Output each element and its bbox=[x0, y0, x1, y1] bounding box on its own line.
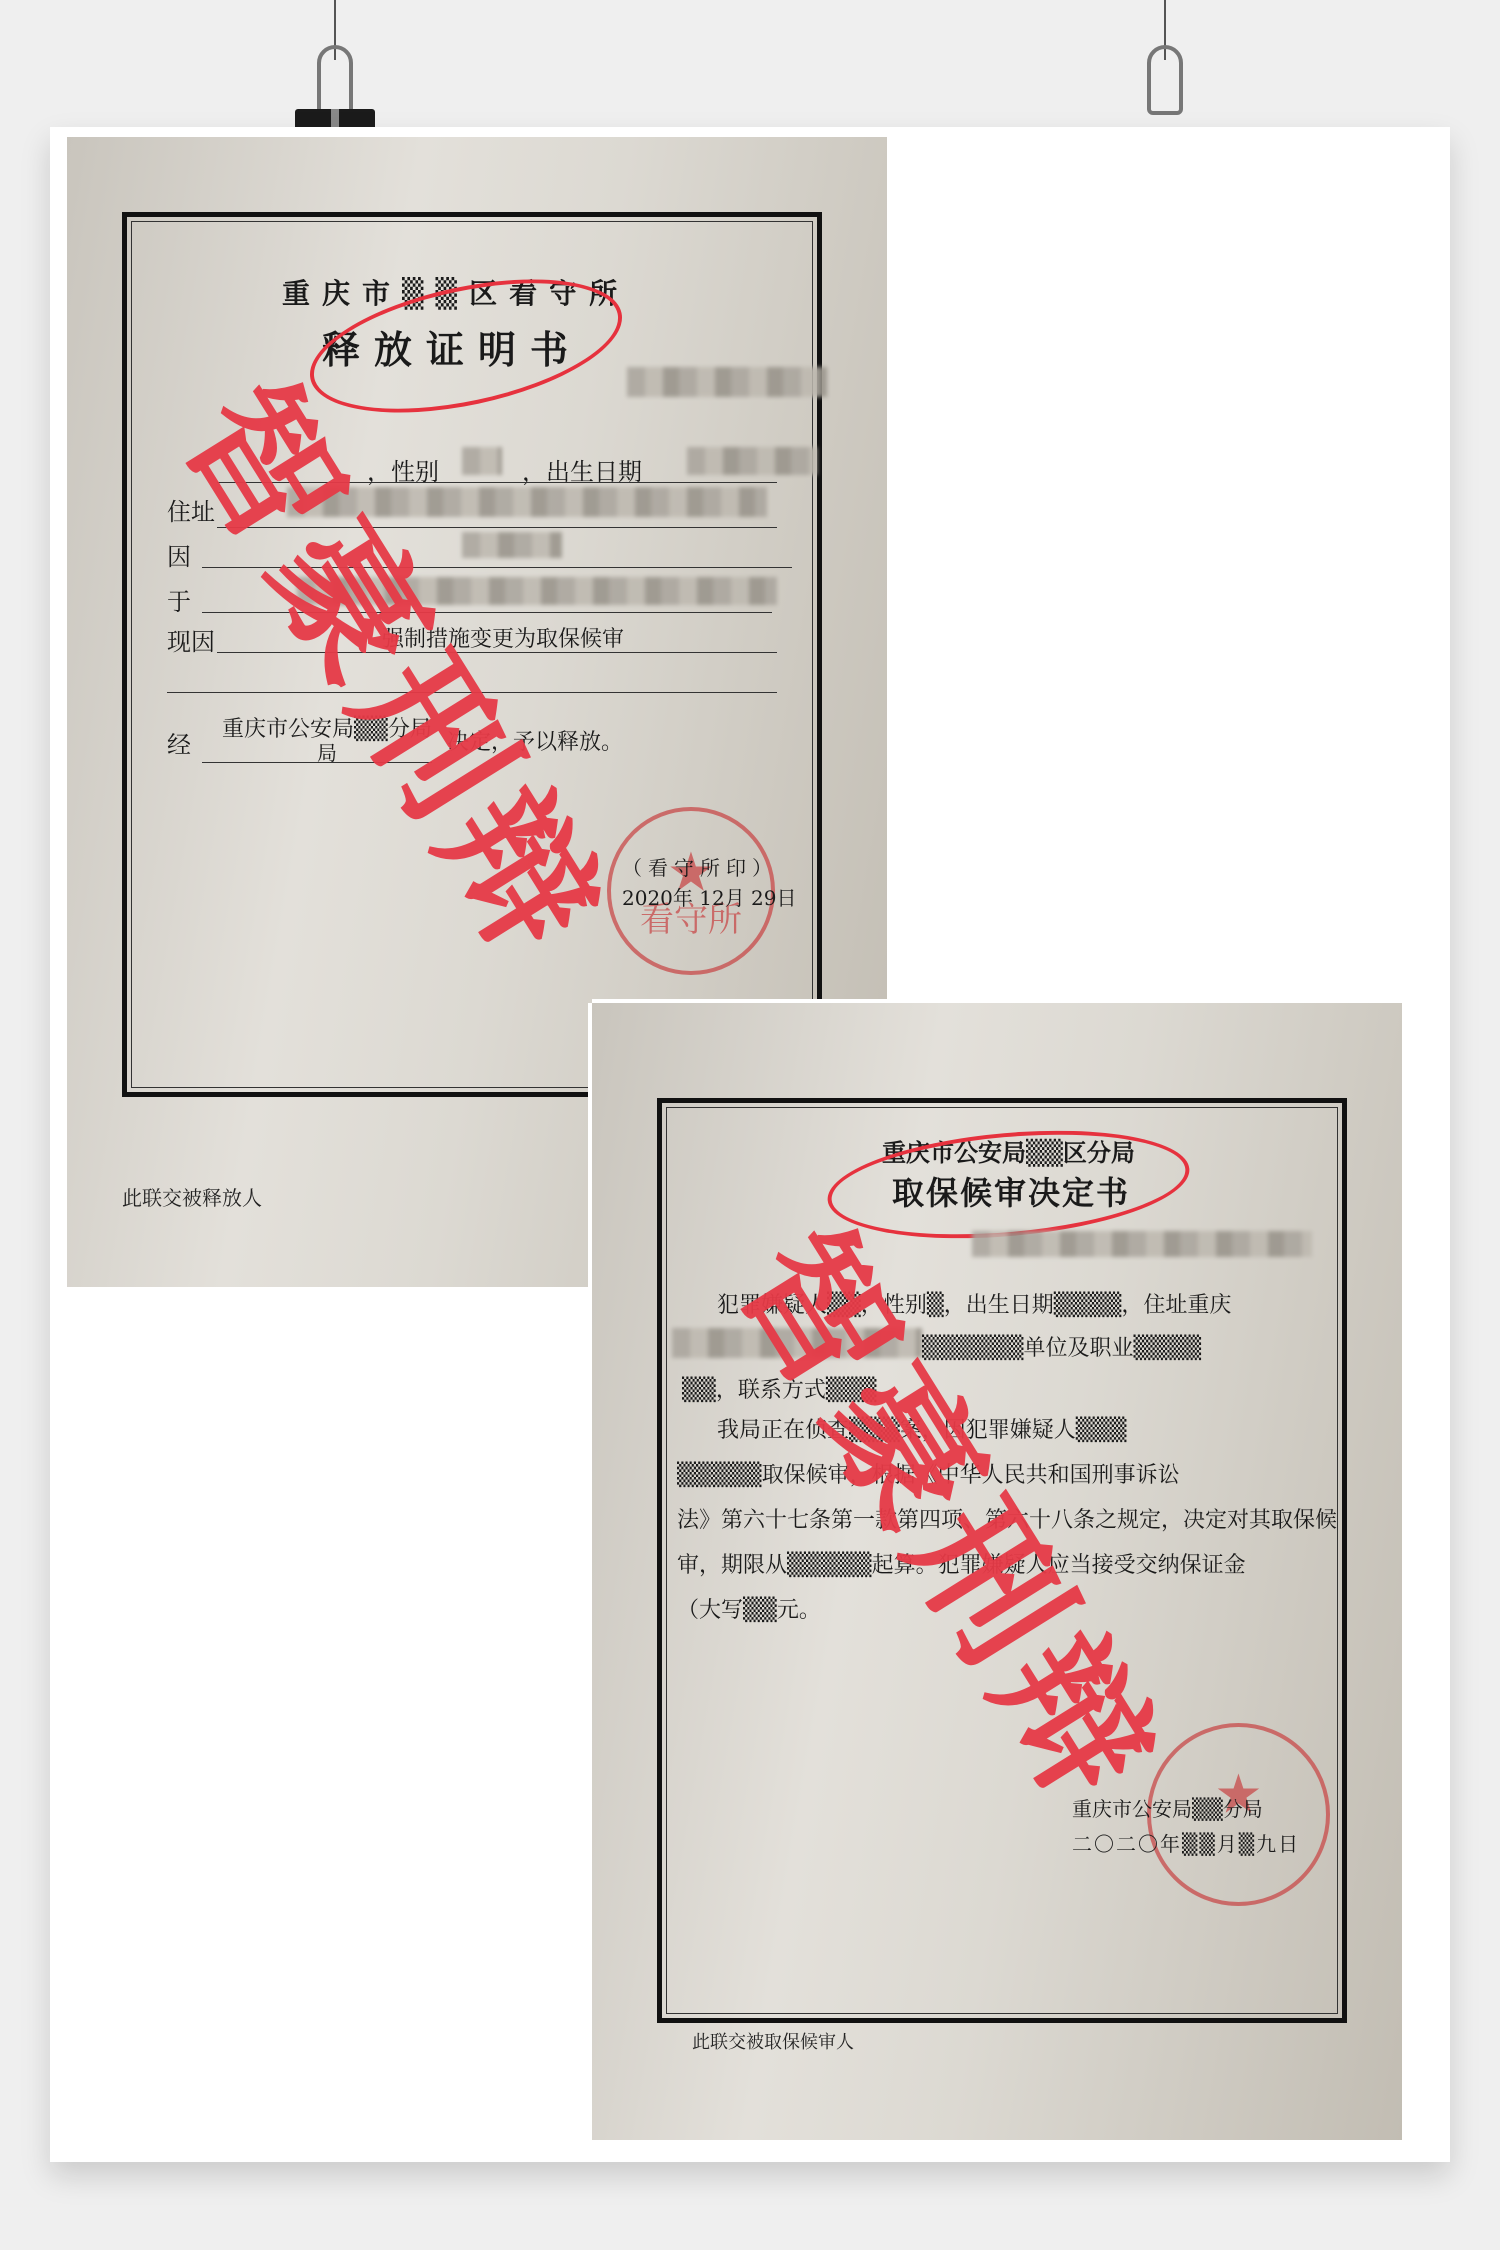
at-label: 于 bbox=[167, 582, 191, 617]
redacted-dob bbox=[687, 447, 817, 475]
doc2-para5: （大写▒▒元。 bbox=[677, 1593, 821, 1624]
reason-label: 因 bbox=[167, 537, 191, 572]
doc1-footnote: 此联交被释放人 bbox=[122, 1182, 262, 1211]
now-label: 现因 bbox=[167, 622, 215, 657]
redacted-id bbox=[627, 367, 827, 397]
bail-decision-photo: 重庆市公安局▒▒区分局 取保候审决定书 犯罪嫌疑人▒▒，性别▒，出生日期▒▒▒▒… bbox=[592, 1003, 1402, 2140]
doc2-date: 二〇二〇年▒▒月▒九日 bbox=[1072, 1828, 1300, 1857]
redacted-gender bbox=[462, 447, 502, 475]
via-label: 经 bbox=[167, 725, 191, 760]
redacted-reason bbox=[462, 532, 562, 558]
doc2-footnote: 此联交被取保候审人 bbox=[692, 2028, 854, 2054]
white-poster-card: 重庆市▒▒区看守所 释放证明书 ，性别 ，出生日期 住址 因 于 现因 强制措施… bbox=[50, 127, 1450, 2162]
redacted-id bbox=[972, 1231, 1312, 1257]
